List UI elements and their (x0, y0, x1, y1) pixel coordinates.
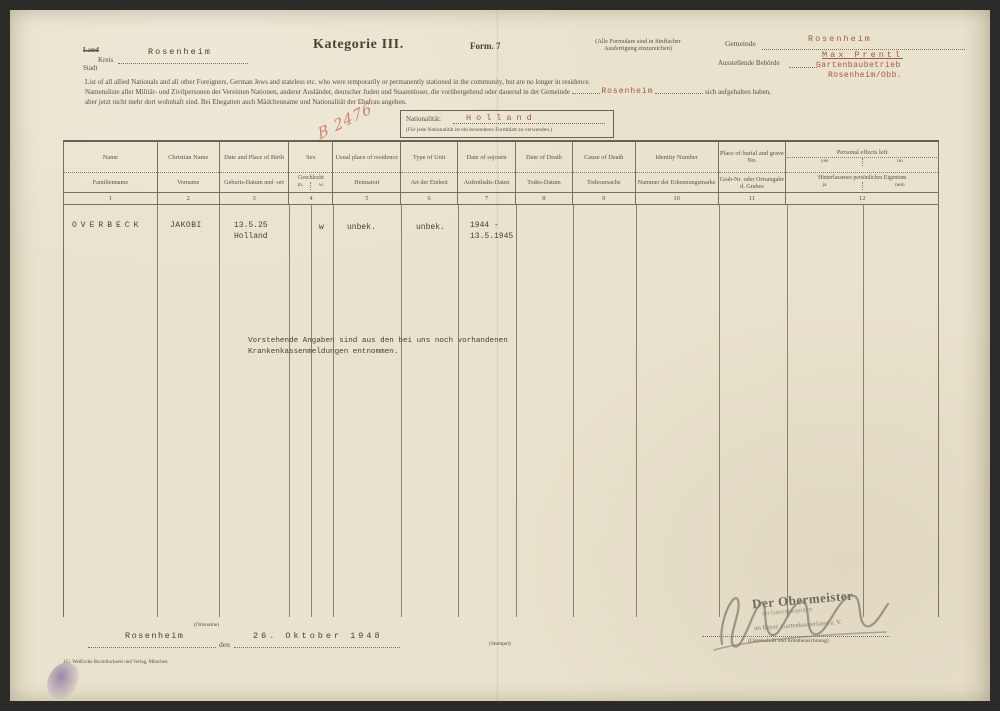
col-death-date-no: 8 (516, 192, 572, 204)
col-unit-en: Type of Unit (401, 142, 457, 173)
intro-line2-after: sich aufgehalten haben, (705, 88, 771, 96)
col-unit-de: Art der Einheit (401, 173, 457, 192)
nationality-box: Nationalität: Holland (Für jede National… (400, 110, 614, 138)
behoerde-value-2: Gartenbaubetrieb (816, 61, 901, 70)
row-unit: unbek. (416, 223, 445, 232)
table-rule (289, 205, 290, 617)
col-sojourn-en: Date of sojourn (458, 142, 515, 173)
copies-note-line2: Ausfertigung einzureichen) (604, 45, 672, 52)
col-header-birth: Date and Place of Birth Geburts-Datum un… (220, 142, 290, 204)
col-burial-no: 11 (719, 192, 786, 204)
table-rule (636, 205, 637, 617)
col-effects-ja-label: ja (787, 182, 862, 190)
col-burial-en: Place of burial and grave No. (719, 142, 786, 173)
intro-gemeinde-value: Rosenheim (601, 87, 653, 96)
col-death-date-en: Date of Death (516, 142, 572, 173)
intro-line1: List of all allied Nationals and all oth… (85, 78, 917, 86)
col-residence-en: Usual place of residence (333, 142, 400, 173)
nationality-value: Holland (466, 113, 537, 123)
date-value: 26. Oktober 1948 (253, 631, 383, 641)
table-rule (333, 205, 334, 617)
col-header-death-cause: Cause of Death Todesursache 9 (573, 142, 636, 204)
col-identity-no: 10 (636, 192, 718, 204)
col-header-sojourn: Date of sojourn Aufenthalts-Daten 7 (458, 142, 516, 204)
ink-smudge (44, 659, 83, 703)
copies-note: (Alle Formulare sind in fünffacher Ausfe… (578, 38, 698, 52)
table-rule-sex-sub (311, 205, 312, 617)
annotation-line2: Krankenkassenmeldungen entnommen. (248, 348, 398, 356)
intro-line3: aber jetzt nicht mehr dort wohnhaft sind… (85, 98, 917, 106)
row-birth-date: 13.5.25 (234, 221, 268, 230)
col-name-no: 1 (64, 192, 157, 204)
col-unit-no: 6 (401, 192, 457, 204)
table-rule (719, 205, 720, 617)
table-rule (157, 205, 158, 617)
table-rule (516, 205, 517, 617)
behoerde-line (789, 66, 817, 68)
col-effects-en-wrap: Personal effects left yes no (786, 142, 938, 173)
col-name-en: Name (64, 142, 157, 173)
row-sojourn-2: 13.5.1945 (470, 232, 513, 241)
table-rule (458, 205, 459, 617)
col-burial-de: Grab-Nr. oder Ortsangabe d. Grabes (719, 173, 786, 192)
col-sex-m-label: m. (290, 182, 311, 190)
gemeinde-value: Rosenheim (808, 34, 872, 44)
kreis-value: Rosenheim (148, 47, 212, 57)
form-number: Form. 7 (470, 41, 501, 51)
col-effects-en: Personal effects left (837, 149, 888, 156)
table-rule (219, 205, 220, 617)
place-line (88, 646, 216, 648)
date-line (234, 646, 400, 648)
row-sex: w (319, 223, 324, 232)
col-identity-en: Identity Number (636, 142, 718, 173)
table-body: OVERBECK JAKOBI 13.5.25 Holland w unbek.… (63, 204, 939, 617)
place-value: Rosenheim (125, 631, 184, 641)
col-christian-de: Vorname (158, 173, 219, 192)
form-paper: Land Rosenheim Kreis Stadt Kategorie III… (10, 10, 990, 701)
col-header-unit: Type of Unit Art der Einheit 6 (401, 142, 458, 204)
col-header-death-date: Date of Death Todes-Datum 8 (516, 142, 573, 204)
col-sex-no: 4 (289, 192, 332, 204)
col-sojourn-de: Aufenthalts-Daten (458, 173, 515, 192)
nationality-label: Nationalität: (406, 115, 441, 123)
col-effects-de: Hinterlassenes persönliches Eigentum (818, 175, 906, 182)
copies-note-line1: (Alle Formulare sind in fünffacher (595, 38, 680, 45)
handwritten-signature (708, 582, 898, 660)
place-caption: (Ortsname) (194, 622, 219, 628)
stadt-label: Stadt (83, 64, 97, 72)
row-christian-name: JAKOBI (170, 221, 202, 230)
col-death-cause-de: Todesursache (573, 173, 635, 192)
col-header-effects: Personal effects left yes no Hinterlasse… (786, 142, 938, 204)
kreis-line (118, 62, 248, 64)
intro-line2: Namensliste aller Militär- und Zivilpers… (85, 88, 917, 97)
col-birth-en: Date and Place of Birth (220, 142, 289, 173)
table-rule-effects-sub (863, 205, 864, 617)
kreis-label: Kreis (98, 56, 113, 64)
col-sex-de: Geschlecht (298, 175, 324, 182)
persons-table: Name Familienname 1 Christian Name Vorna… (63, 140, 939, 617)
col-christian-no: 2 (158, 192, 219, 204)
col-header-sex: Sex Geschlecht m. w. 4 (289, 142, 333, 204)
col-sojourn-no: 7 (458, 192, 515, 204)
den-label: den (219, 640, 230, 649)
row-sojourn-1: 1944 - (470, 221, 499, 230)
annotation-line1: Vorstehende Angaben sind aus den bei uns… (248, 337, 508, 345)
col-sex-subrow: m. w. (290, 182, 331, 190)
col-sex-w-label: w. (311, 182, 331, 190)
row-name: OVERBECK (72, 221, 142, 230)
col-death-cause-no: 9 (573, 192, 635, 204)
printer-note: J.G. Weiß'sche Buchdruckerei und Verlag,… (63, 660, 169, 665)
row-birth-place: Holland (234, 232, 268, 241)
land-label: Land (83, 46, 99, 54)
col-birth-de: Geburts-Datum und -ort (220, 173, 289, 192)
col-birth-no: 3 (220, 192, 289, 204)
gemeinde-label: Gemeinde (725, 40, 756, 48)
col-effects-yes-label: yes (787, 158, 862, 166)
intro-line2-before: Namensliste aller Militär- und Zivilpers… (85, 88, 570, 96)
col-effects-nein-label: nein (863, 182, 937, 190)
col-effects-no-num: 12 (786, 192, 938, 204)
table-rule (401, 205, 402, 617)
col-christian-en: Christian Name (158, 142, 219, 173)
table-header: Name Familienname 1 Christian Name Vorna… (63, 140, 939, 204)
col-effects-en-subrow: yes no (787, 157, 937, 166)
col-header-residence: Usual place of residence Heimatort 5 (333, 142, 401, 204)
row-residence: unbek. (347, 223, 376, 232)
table-rule (573, 205, 574, 617)
col-effects-no-label: no (863, 158, 937, 166)
col-header-burial: Place of burial and grave No. Grab-Nr. o… (719, 142, 787, 204)
behoerde-label: Ausstellende Behörde (718, 59, 780, 67)
col-sex-de-wrap: Geschlecht m. w. (289, 173, 332, 192)
col-header-name: Name Familienname 1 (64, 142, 158, 204)
seal-caption: (Stempel) (489, 641, 511, 647)
scanned-form-photo: { "page": { "title": "Kategorie III.", "… (0, 0, 1000, 711)
col-sex-en: Sex (289, 142, 332, 173)
col-header-christian-name: Christian Name Vorname 2 (158, 142, 220, 204)
col-name-de: Familienname (64, 173, 157, 192)
col-death-date-de: Todes-Datum (516, 173, 572, 192)
col-residence-no: 5 (333, 192, 400, 204)
gemeinde-blank-dots-left (572, 93, 600, 94)
col-death-cause-en: Cause of Death (573, 142, 635, 173)
col-effects-de-subrow: ja nein (787, 182, 937, 190)
nationality-note: (Für jede Nationalität ist ein besondere… (406, 127, 552, 133)
col-effects-de-wrap: Hinterlassenes persönliches Eigentum ja … (786, 173, 938, 192)
col-residence-de: Heimatort (333, 173, 400, 192)
behoerde-value-1: Max Prentl (822, 50, 903, 60)
gemeinde-blank-dots-right (655, 93, 703, 94)
table-rule (787, 205, 788, 617)
col-header-identity: Identity Number Nummer der Erkennungsmar… (636, 142, 719, 204)
col-identity-de: Nummer der Erkennungsmarke (636, 173, 718, 192)
page-title: Kategorie III. (313, 37, 404, 53)
